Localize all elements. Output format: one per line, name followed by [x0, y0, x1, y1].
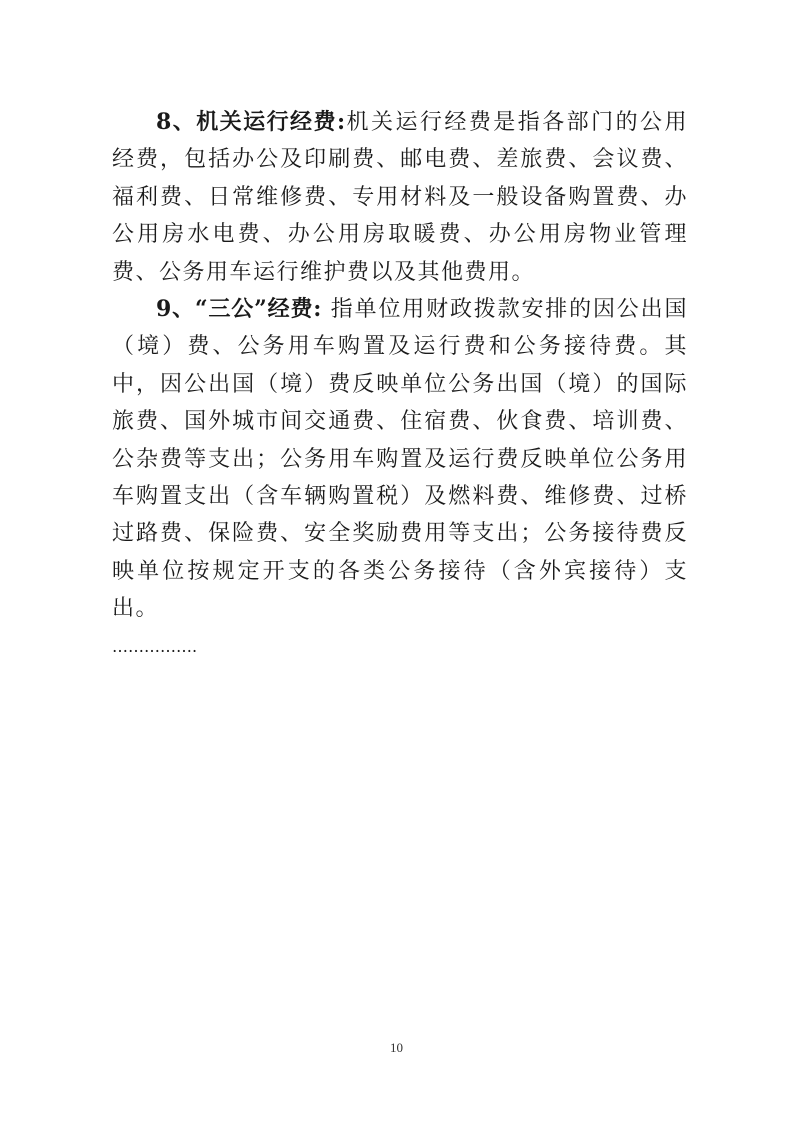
section-9-heading: 9、“三公”经费:: [156, 296, 322, 322]
section-8-heading: 8、机关运行经费:: [156, 109, 346, 135]
page-number: 10: [0, 1040, 793, 1056]
section-9-body: 指单位用财政拨款安排的因公出国（境）费、公务用车购置及运行费和公务接待费。其中，…: [112, 297, 688, 621]
continuation-dots: …………….: [112, 628, 688, 665]
section-8-body: 机关运行经费是指各部门的公用经费，包括办公及印刷费、邮电费、差旅费、会议费、福利…: [112, 110, 688, 285]
document-page: 8、机关运行经费:机关运行经费是指各部门的公用经费，包括办公及印刷费、邮电费、差…: [112, 104, 688, 665]
section-9-paragraph: 9、“三公”经费: 指单位用财政拨款安排的因公出国（境）费、公务用车购置及运行费…: [112, 291, 688, 628]
section-8-paragraph: 8、机关运行经费:机关运行经费是指各部门的公用经费，包括办公及印刷费、邮电费、差…: [112, 104, 688, 291]
